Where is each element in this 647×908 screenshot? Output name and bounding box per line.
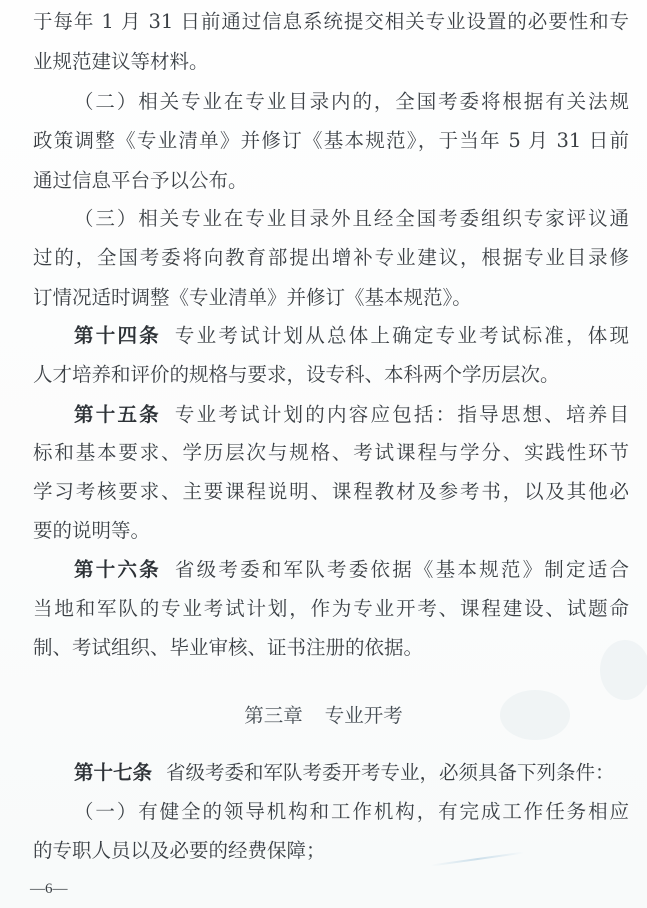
article-14-first-line: 第十四条专业考试计划从总体上确定专业考试标准，体现	[74, 323, 629, 349]
article-15-text: 专业考试计划的内容应包括：指导思想、培养目	[175, 403, 629, 426]
article-17-first-line: 第十七条省级考委和军队考委开考专业，必须具备下列条件：	[74, 760, 629, 786]
body-line: 当地和军队的专业考试计划，作为专业开考、课程建设、试题命	[33, 596, 629, 622]
article-15-first-line: 第十五条专业考试计划的内容应包括：指导思想、培养目	[74, 402, 629, 428]
chapter-heading: 第三章专业开考	[0, 703, 647, 729]
body-line: 要的说明等。	[33, 518, 629, 544]
chapter-number: 第三章	[244, 704, 303, 727]
article-14-text: 专业考试计划从总体上确定专业考试标准，体现	[175, 324, 629, 347]
document-page: 于每年 1 月 31 日前通过信息系统提交相关专业设置的必要性和专 业规范建议等…	[0, 0, 647, 908]
body-line: 人才培养和评价的规格与要求，设专科、本科两个学历层次。	[33, 362, 629, 388]
body-line: 于每年 1 月 31 日前通过信息系统提交相关专业设置的必要性和专	[33, 9, 629, 35]
clause-2-line: （二）相关专业在专业目录内的，全国考委将根据有关法规	[74, 89, 629, 115]
article-17-label: 第十七条	[74, 761, 152, 784]
article-16-text: 省级考委和军队考委依据《基本规范》制定适合	[175, 558, 629, 581]
clause-3-line: （三）相关专业在专业目录外且经全国考委组织专家评议通	[74, 206, 629, 232]
body-line: 通过信息平台予以公布。	[33, 168, 629, 194]
article-16-first-line: 第十六条省级考委和军队考委依据《基本规范》制定适合	[74, 557, 629, 583]
article-15-label: 第十五条	[74, 403, 161, 426]
article-14-label: 第十四条	[74, 324, 161, 347]
body-line: 业规范建议等材料。	[33, 49, 629, 75]
body-line: 过的，全国考委将向教育部提出增补专业建议，根据专业目录修	[33, 245, 629, 271]
article-17-text: 省级考委和军队考委开考专业，必须具备下列条件：	[166, 761, 615, 784]
chapter-title: 专业开考	[325, 704, 403, 727]
body-line: 学习考核要求、主要课程说明、课程教材及参考书，以及其他必	[33, 479, 629, 505]
article-16-label: 第十六条	[74, 558, 161, 581]
body-line: 的专职人员以及必要的经费保障；	[33, 838, 629, 864]
body-line: 政策调整《专业清单》并修订《基本规范》，于当年 5 月 31 日前	[33, 128, 629, 154]
clause-1-line: （一）有健全的领导机构和工作机构，有完成工作任务相应	[74, 799, 629, 825]
body-line: 订情况适时调整《专业清单》并修订《基本规范》。	[33, 285, 629, 311]
page-number: —6—	[30, 878, 68, 900]
body-line: 制、考试组织、毕业审核、证书注册的依据。	[33, 635, 629, 661]
body-line: 标和基本要求、学历层次与规格、考试课程与学分、实践性环节	[33, 440, 629, 466]
